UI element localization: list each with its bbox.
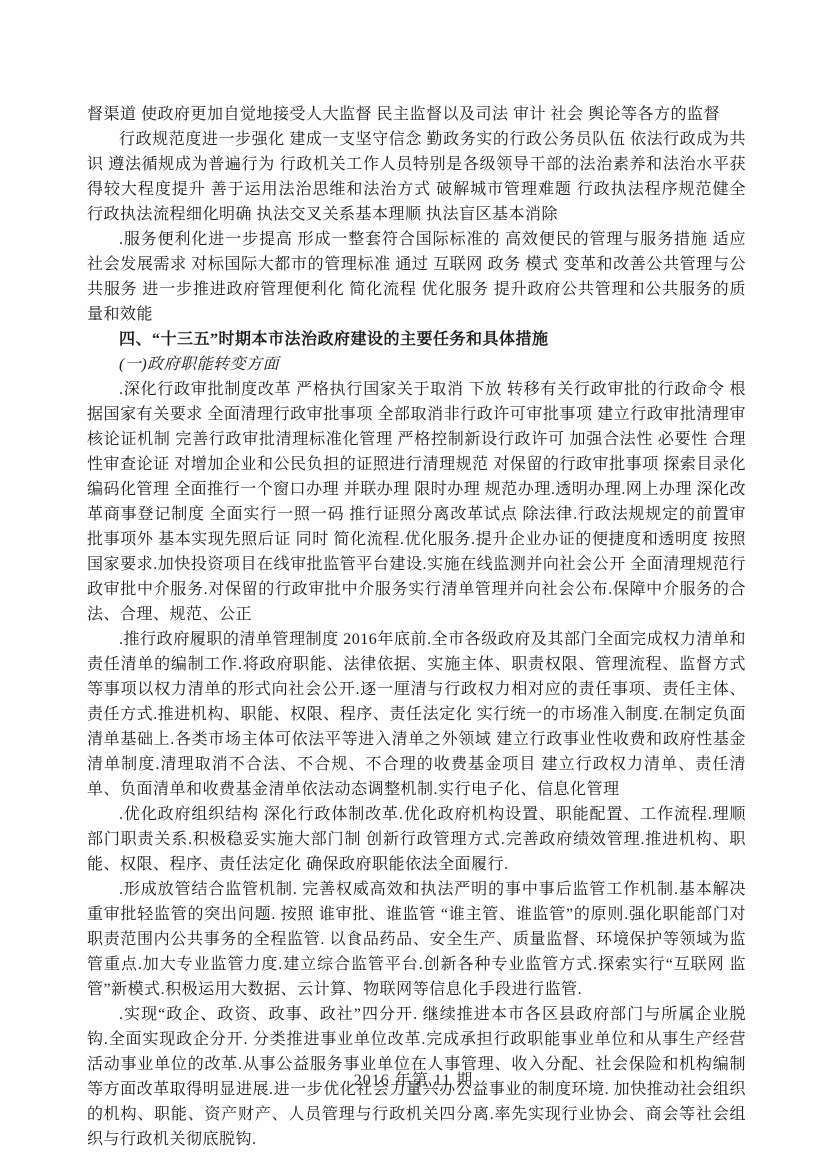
paragraph-continuation: 督渠道 使政府更加自觉地接受人大监督 民主监督以及司法 审计 社会 舆论等各方的… — [87, 102, 746, 127]
paragraph: .优化政府组织结构 深化行政体制改革.优化政府机构设置、职能配置、工作流程.理顺… — [87, 802, 746, 877]
paragraph: .深化行政审批制度改革 严格执行国家关于取消 下放 转移有关行政审批的行政命令 … — [87, 377, 746, 627]
page-footer-issue-label: 2016 年第 11 期 — [0, 1068, 827, 1093]
paragraph: 行政规范度进一步强化 建成一支坚守信念 勤政务实的行政公务员队伍 依法行政成为共… — [87, 127, 746, 227]
document-page: 督渠道 使政府更加自觉地接受人大监督 民主监督以及司法 审计 社会 舆论等各方的… — [0, 0, 827, 1170]
paragraph: .推行政府履职的清单管理制度 2016年底前.全市各级政府及其部门全面完成权力清… — [87, 627, 746, 802]
paragraph: .服务便利化进一步提高 形成一整套符合国际标准的 高效便民的管理与服务措施 适应… — [87, 227, 746, 327]
content-area: 督渠道 使政府更加自觉地接受人大监督 民主监督以及司法 审计 社会 舆论等各方的… — [87, 102, 746, 1152]
paragraph: .形成放管结合监管机制. 完善权威高效和执法严明的事中事后监管工作机制.基本解决… — [87, 877, 746, 1002]
section-heading: 四、“十三五”时期本市法治政府建设的主要任务和具体措施 — [87, 327, 746, 352]
subsection-heading: (一)政府职能转变方面 — [87, 352, 746, 377]
